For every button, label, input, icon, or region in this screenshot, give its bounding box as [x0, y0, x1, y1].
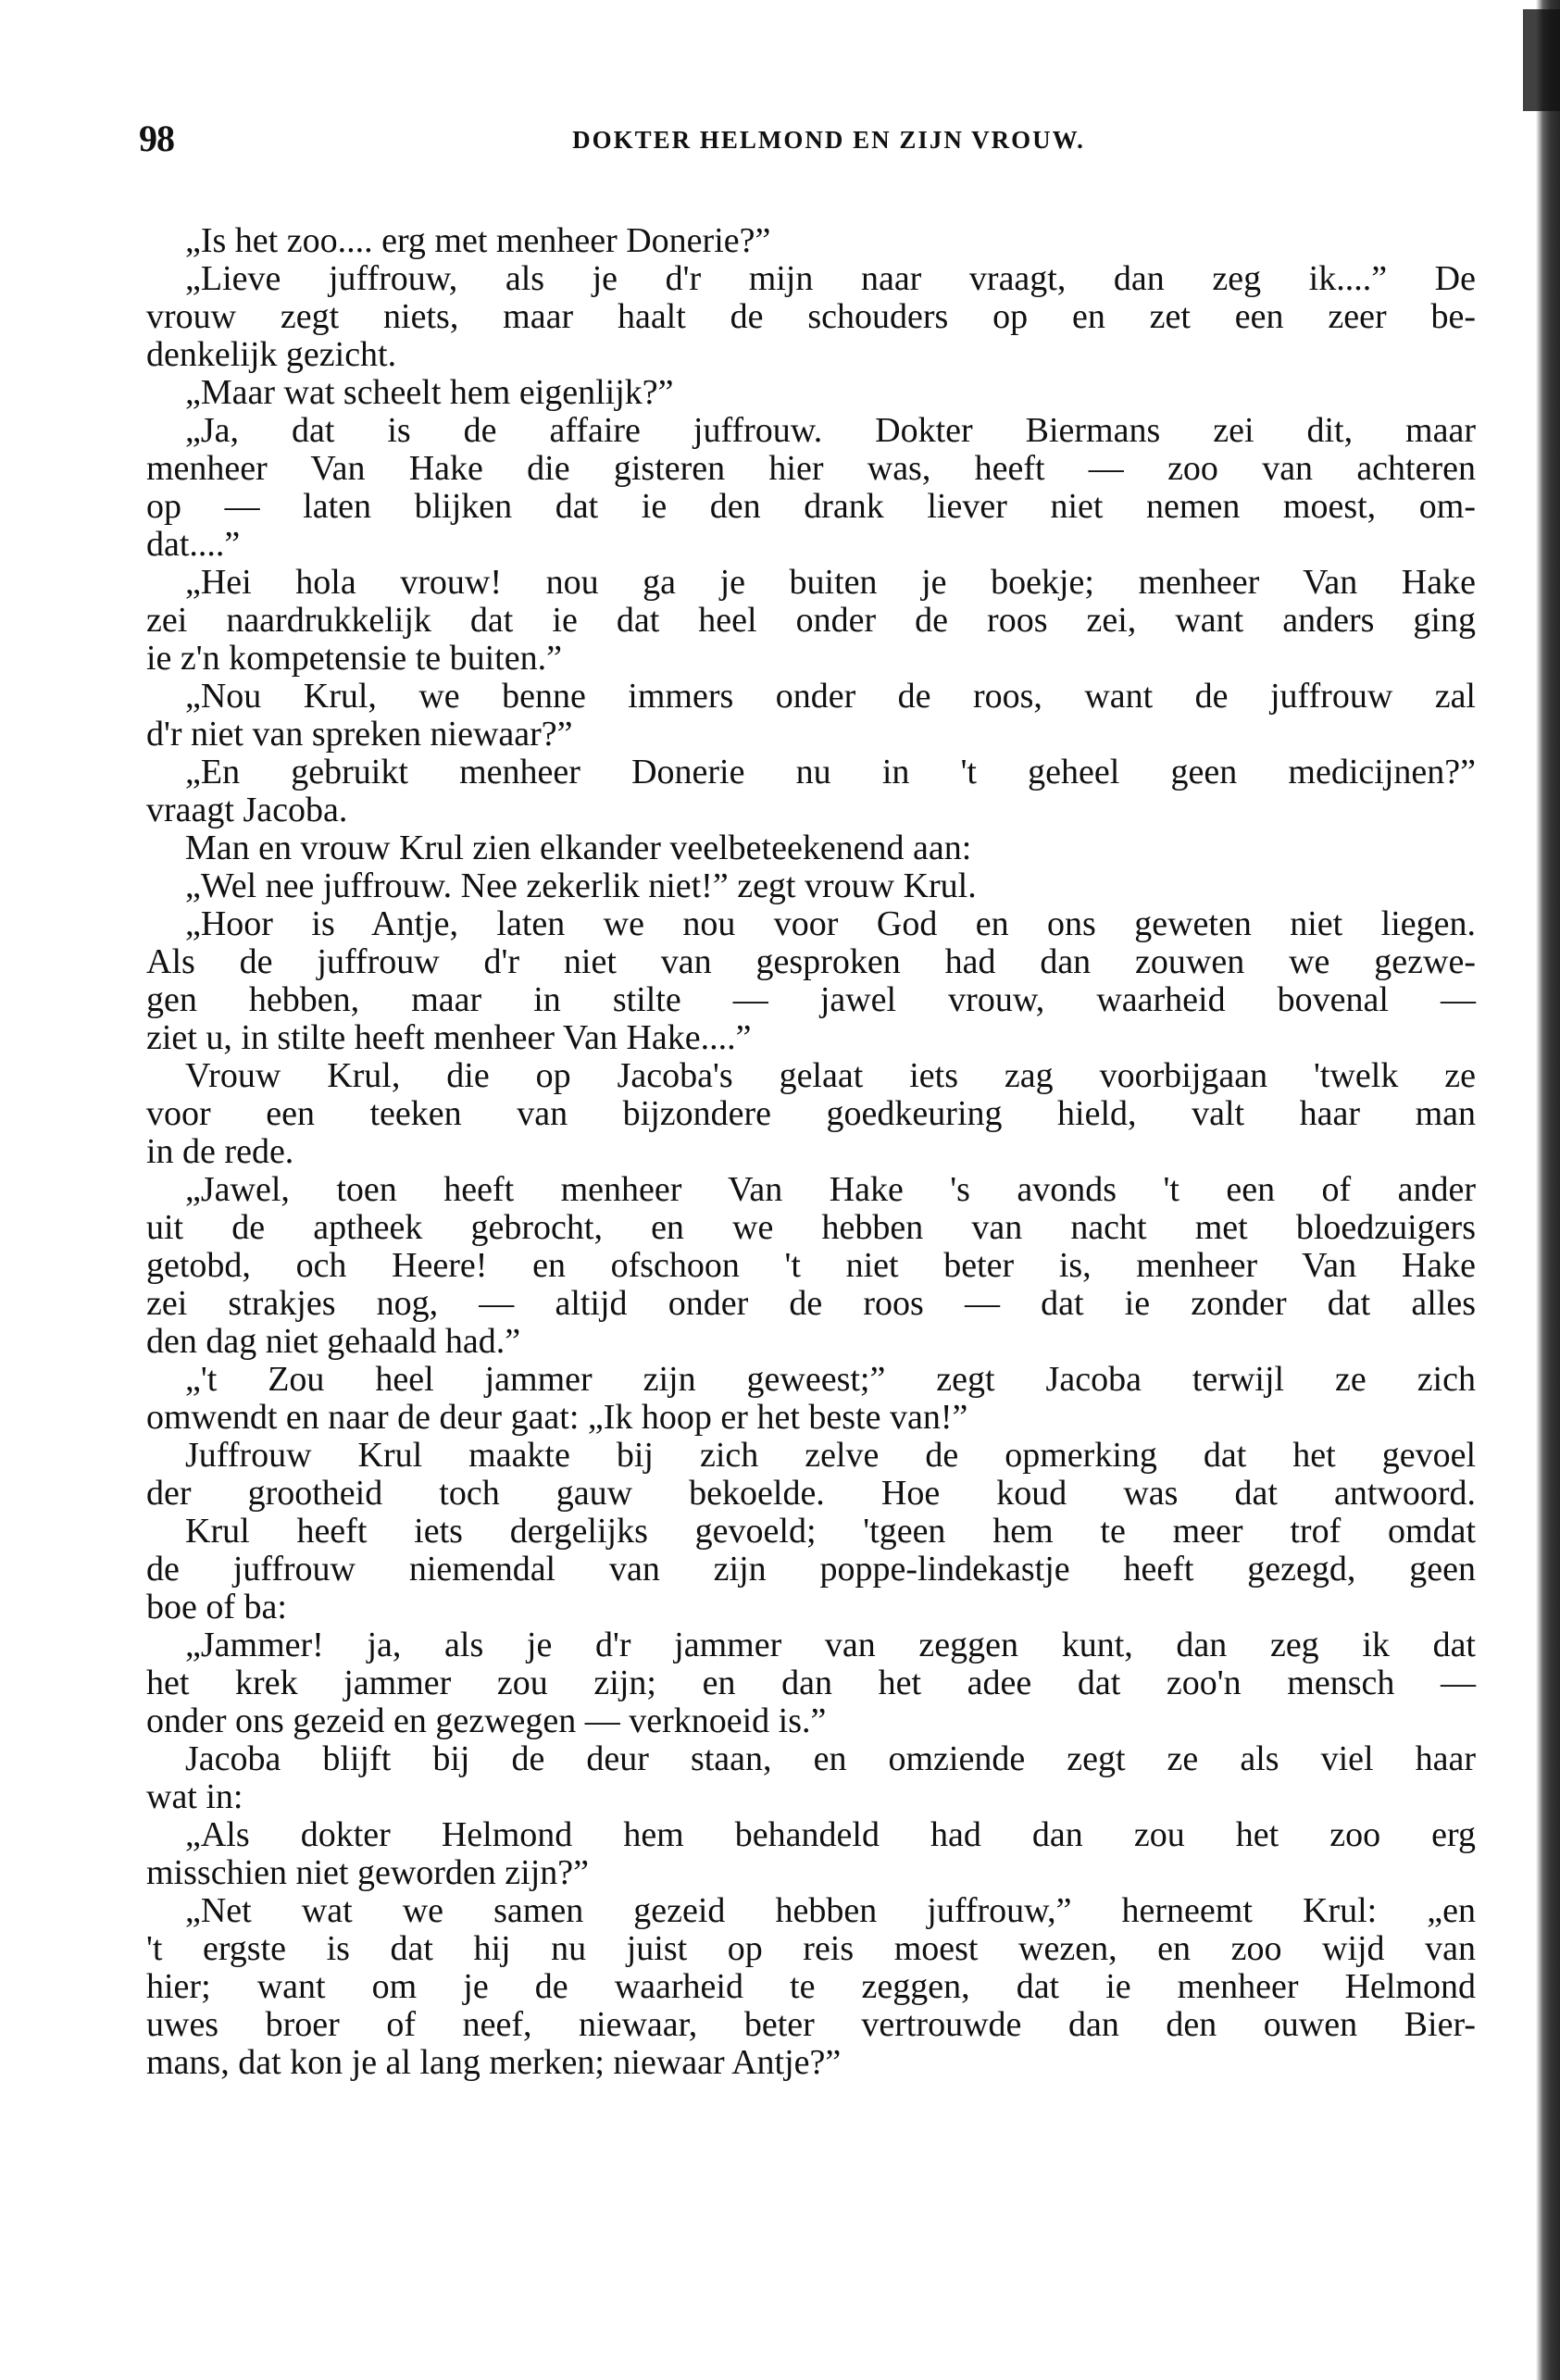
- text-line: der grootheid toch gauw bekoelde. Hoe ko…: [146, 1475, 1476, 1513]
- text-line: ziet u, in stilte heeft menheer Van Hake…: [146, 1019, 1476, 1057]
- text-line: Krul heeft iets dergelijks gevoeld; 'tge…: [146, 1513, 1476, 1551]
- text-line: „Hei hola vrouw! nou ga je buiten je boe…: [146, 564, 1476, 602]
- text-line: „Jammer! ja, als je d'r jammer van zegge…: [146, 1626, 1476, 1664]
- text-line: Man en vrouw Krul zien elkander veelbete…: [146, 829, 1476, 867]
- text-line: Als de juffrouw d'r niet van gesproken h…: [146, 943, 1476, 981]
- binding-edge: [1536, 0, 1560, 2380]
- text-line: 't ergste is dat hij nu juist op reis mo…: [146, 1930, 1476, 1968]
- text-line: ie z'n kompetensie te buiten.”: [146, 640, 1476, 678]
- text-line: Vrouw Krul, die op Jacoba's gelaat iets …: [146, 1057, 1476, 1095]
- text-line: hier; want om je de waarheid te zeggen, …: [146, 1968, 1476, 2006]
- binding-edge-shadow: [1523, 9, 1560, 111]
- body-text: „Is het zoo.... erg met menheer Donerie?…: [146, 222, 1476, 2082]
- text-line: „Jawel, toen heeft menheer Van Hake 's a…: [146, 1171, 1476, 1209]
- text-line: „En gebruikt menheer Donerie nu in 't ge…: [146, 754, 1476, 791]
- text-line: omwendt en naar de deur gaat: „Ik hoop e…: [146, 1399, 1476, 1437]
- text-line: dat....”: [146, 526, 1476, 564]
- text-line: den dag niet gehaald had.”: [146, 1323, 1476, 1361]
- text-line: Jacoba blijft bij de deur staan, en omzi…: [146, 1740, 1476, 1778]
- text-line: „Lieve juffrouw, als je d'r mijn naar vr…: [146, 260, 1476, 298]
- running-title: DOKTER HELMOND EN ZIJN VROUW.: [139, 124, 1463, 156]
- text-line: Juffrouw Krul maakte bij zich zelve de o…: [146, 1437, 1476, 1475]
- text-line: vraagt Jacoba.: [146, 791, 1476, 829]
- text-line: boe of ba:: [146, 1589, 1476, 1626]
- text-line: de juffrouw niemendal van zijn poppe-lin…: [146, 1551, 1476, 1589]
- text-line: „Wel nee juffrouw. Nee zekerlik niet!” z…: [146, 867, 1476, 905]
- text-line: „Hoor is Antje, laten we nou voor God en…: [146, 905, 1476, 943]
- text-line: zei strakjes nog, — altijd onder de roos…: [146, 1285, 1476, 1323]
- text-line: „Als dokter Helmond hem behandeld had da…: [146, 1816, 1476, 1854]
- text-line: „Net wat we samen gezeid hebben juffrouw…: [146, 1892, 1476, 1930]
- text-line: zei naardrukkelijk dat ie dat heel onder…: [146, 602, 1476, 640]
- text-line: „Maar wat scheelt hem eigenlijk?”: [146, 374, 1476, 412]
- text-line: het krek jammer zou zijn; en dan het ade…: [146, 1664, 1476, 1702]
- text-line: gen hebben, maar in stilte — jawel vrouw…: [146, 981, 1476, 1019]
- text-line: d'r niet van spreken niewaar?”: [146, 716, 1476, 754]
- text-line: menheer Van Hake die gisteren hier was, …: [146, 450, 1476, 488]
- text-line: vrouw zegt niets, maar haalt de schouder…: [146, 298, 1476, 336]
- text-line: onder ons gezeid en gezwegen — verknoeid…: [146, 1702, 1476, 1740]
- text-line: denkelijk gezicht.: [146, 336, 1476, 374]
- text-line: „Is het zoo.... erg met menheer Donerie?…: [146, 222, 1476, 260]
- text-line: in de rede.: [146, 1133, 1476, 1171]
- text-line: getobd, och Heere! en ofschoon 't niet b…: [146, 1247, 1476, 1285]
- text-line: misschien niet geworden zijn?”: [146, 1854, 1476, 1892]
- text-line: „'t Zou heel jammer zijn geweest;” zegt …: [146, 1361, 1476, 1399]
- page-header: 98 DOKTER HELMOND EN ZIJN VROUW.: [139, 118, 1463, 159]
- text-line: „Nou Krul, we benne immers onder de roos…: [146, 678, 1476, 716]
- text-line: „Ja, dat is de affaire juffrouw. Dokter …: [146, 412, 1476, 450]
- book-page: 98 DOKTER HELMOND EN ZIJN VROUW. „Is het…: [0, 0, 1560, 2380]
- text-line: op — laten blijken dat ie den drank liev…: [146, 488, 1476, 526]
- text-line: voor een teeken van bijzondere goedkeuri…: [146, 1095, 1476, 1133]
- text-line: wat in:: [146, 1778, 1476, 1816]
- text-line: uit de aptheek gebrocht, en we hebben va…: [146, 1209, 1476, 1247]
- text-line: uwes broer of neef, niewaar, beter vertr…: [146, 2006, 1476, 2044]
- text-line: mans, dat kon je al lang merken; niewaar…: [146, 2044, 1476, 2082]
